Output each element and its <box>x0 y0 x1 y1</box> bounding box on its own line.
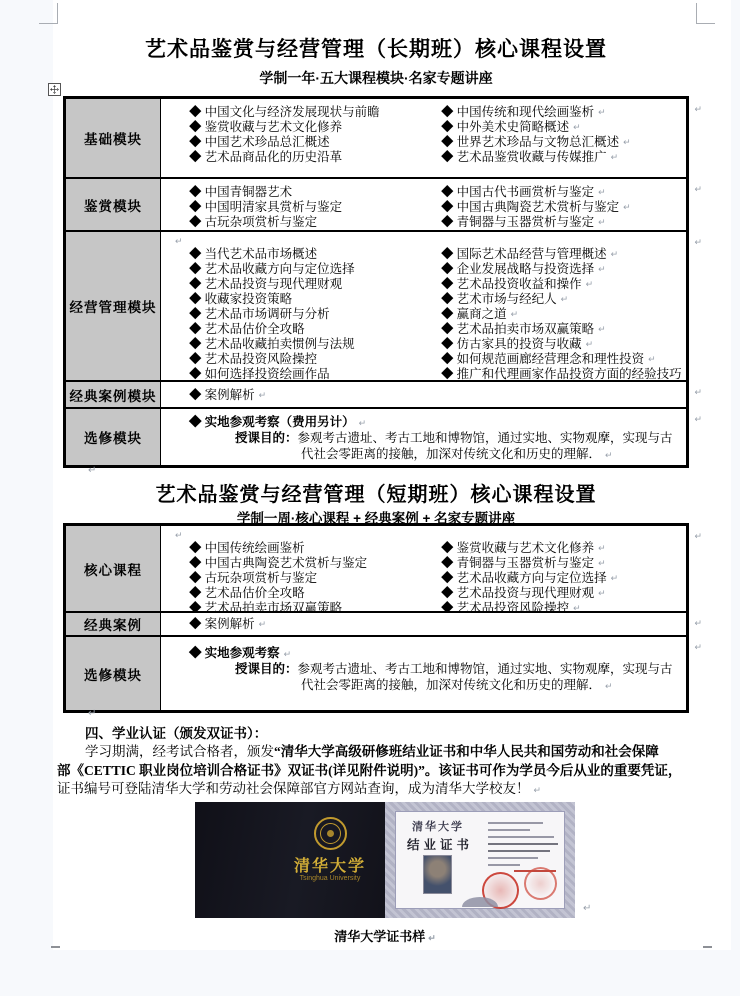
optional-course-head: 实地参观考察（费用另计） <box>189 415 684 431</box>
course-item: 赢商之道 <box>441 307 507 322</box>
course-item: 仿古家具的投资与收藏 <box>441 337 582 352</box>
course-item: 青铜器与玉器赏析与鉴定 <box>441 215 594 230</box>
course-item: 中国古典陶瓷艺术赏析与鉴定 <box>189 556 441 571</box>
course-item: 艺术品鉴赏收藏与传媒推广 <box>441 150 607 165</box>
margin-crop-mark <box>57 3 58 23</box>
course-line: 艺术品估价全攻略艺术品拍卖市场双赢策略 <box>189 322 684 337</box>
margin-crop-mark <box>51 946 60 948</box>
course-line: 中国艺术珍品总汇概述世界艺术珍品与文物总汇概述 <box>189 135 684 150</box>
certification-paragraph-line: 学习期满，经考试合格者，颁发“清华大学高级研修班结业证书和中华人民共和国劳动和社… <box>57 743 707 762</box>
course-item: 推广和代理画家作品投资方面的经验技巧 <box>441 367 682 380</box>
course-line: 艺术品收藏拍卖惯例与法规仿古家具的投资与收藏 <box>189 337 684 352</box>
course-item: 中国艺术珍品总汇概述 <box>189 135 441 150</box>
course-item: 艺术品投资收益和操作 <box>441 277 582 292</box>
paragraph-text: 证书编号可登陆清华大学和劳动社会保障部官方网站查询，成为清华大学校友！ <box>57 781 530 796</box>
table-row: 鉴赏模块 中国青铜器艺术中国古代书画赏析与鉴定 中国明清家具赏析与鉴定中国古典陶… <box>66 179 686 232</box>
certificate-text-line <box>488 864 520 866</box>
course-item: 艺术品收藏拍卖惯例与法规 <box>189 337 441 352</box>
paragraph-text: 学习期满，经考试合格者，颁发 <box>85 744 274 759</box>
module-label: 经典案例 <box>66 613 161 635</box>
certificate-school: 清华大学 <box>412 818 464 834</box>
red-seal-stamp <box>524 867 557 900</box>
course-item: 案例解析 <box>189 388 255 403</box>
course-item: 艺术品投资风险操控 <box>189 352 441 367</box>
short-course-table: 核心课程 中国传统绘画鉴析鉴赏收藏与艺术文化修养 中国古典陶瓷艺术赏析与鉴定青铜… <box>63 523 689 713</box>
course-item: 艺术品商品化的历史沿革 <box>189 150 441 165</box>
module-courses: 实地参观考察（费用另计） 授课目的：参观考古遗址、考古工地和博物馆，通过实地、实… <box>161 409 686 465</box>
table-row: 经营管理模块 当代艺术品市场概述国际艺术品经营与管理概述 艺术品收藏方向与定位选… <box>66 232 686 382</box>
certificate-cover: 清华大学 Tsinghua University <box>195 802 385 918</box>
course-item: 艺术品市场调研与分析 <box>189 307 441 322</box>
table-row: 核心课程 中国传统绘画鉴析鉴赏收藏与艺术文化修养 中国古典陶瓷艺术赏析与鉴定青铜… <box>66 526 686 613</box>
margin-crop-mark <box>703 946 712 948</box>
table-row: 选修模块 实地参观考察 授课目的：参观考古遗址、考古工地和博物馆，通过实地、实物… <box>66 637 686 710</box>
course-line: 艺术品商品化的历史沿革艺术品鉴赏收藏与传媒推广 <box>189 150 684 165</box>
module-label: 核心课程 <box>66 526 161 611</box>
course-line: 案例解析 <box>189 617 684 632</box>
certification-paragraph-line: 证书编号可登陆清华大学和劳动社会保障部官方网站查询，成为清华大学校友！ <box>57 780 707 800</box>
certification-paragraph-line: 部《CETTIC 职业岗位培训合格证书》双证书(详见附件说明)”。该证书可作为学… <box>57 762 707 781</box>
short-course-title: 艺术品鉴赏与经营管理（短期班）核心课程设置 <box>63 478 689 507</box>
certificate-page: 清华大学 结业证书 <box>385 802 575 918</box>
course-item: 古玩杂项赏析与鉴定 <box>189 215 441 230</box>
module-courses: 案例解析 <box>161 382 686 407</box>
course-item: 如何选择投资绘画作品 <box>189 367 441 380</box>
certificate-text-line <box>488 836 554 838</box>
course-line: 艺术品拍卖市场双赢策略艺术品投资风险操控 <box>189 601 684 611</box>
module-label: 选修模块 <box>66 637 161 710</box>
course-goal: 授课目的：参观考古遗址、考古工地和博物馆，通过实地、实物观摩，实现与古代社会零距… <box>235 431 684 463</box>
course-item: 鉴赏收藏与艺术文化修养 <box>189 120 441 135</box>
course-line: 艺术品市场调研与分析赢商之道 <box>189 307 684 322</box>
module-label: 经营管理模块 <box>66 232 161 380</box>
cover-title: 清华大学 <box>260 853 400 876</box>
certificate-text-line <box>488 843 558 845</box>
certificate-text-line <box>488 822 543 824</box>
module-courses: 实地参观考察 授课目的：参观考古遗址、考古工地和博物馆，通过实地、实物观摩，实现… <box>161 637 686 710</box>
module-courses: 当代艺术品市场概述国际艺术品经营与管理概述 艺术品收藏方向与定位选择企业发展战略… <box>161 232 686 380</box>
certificate-text-line <box>488 850 550 852</box>
course-item: 艺术品投资与现代理财观 <box>189 277 441 292</box>
module-courses: 案例解析 <box>161 613 686 635</box>
certificate-text-line <box>488 857 538 859</box>
course-item: 中国青铜器艺术 <box>189 185 441 200</box>
module-label: 鉴赏模块 <box>66 179 161 230</box>
course-item: 案例解析 <box>189 617 255 632</box>
certificate-photo <box>423 855 452 894</box>
module-courses: 中国文化与经济发展现状与前瞻中国传统和现代绘画鉴析 鉴赏收藏与艺术文化修养中外美… <box>161 99 686 177</box>
table-row: 选修模块 实地参观考察（费用另计） 授课目的：参观考古遗址、考古工地和博物馆，通… <box>66 409 686 465</box>
course-line: 古玩杂项赏析与鉴定艺术品收藏方向与定位选择 <box>189 571 684 586</box>
table-row: 经典案例模块 案例解析 <box>66 382 686 409</box>
course-item: 国际艺术品经营与管理概述 <box>441 247 607 262</box>
certification-heading: 四、学业认证（颁发双证书）： <box>57 724 707 743</box>
module-label: 基础模块 <box>66 99 161 177</box>
paragraph-mark: ↵ <box>88 708 96 719</box>
course-item: 中国传统绘画鉴析 <box>189 541 441 556</box>
course-line: 中国青铜器艺术中国古代书画赏析与鉴定 <box>189 185 684 200</box>
course-item: 当代艺术品市场概述 <box>189 247 441 262</box>
course-item: 艺术品估价全攻略 <box>189 322 441 337</box>
course-item: 中国古代书画赏析与鉴定 <box>441 185 594 200</box>
table-row: 基础模块 中国文化与经济发展现状与前瞻中国传统和现代绘画鉴析 鉴赏收藏与艺术文化… <box>66 99 686 179</box>
certificate-sample-image: 清华大学 Tsinghua University 清华大学 结业证书 <box>195 802 575 918</box>
goal-text: 参观考古遗址、考古工地和博物馆，通过实地、实物观摩，实现与古代社会零距离的接触，… <box>298 662 673 692</box>
course-item: 中国传统和现代绘画鉴析 <box>441 105 594 120</box>
module-courses: 中国传统绘画鉴析鉴赏收藏与艺术文化修养 中国古典陶瓷艺术赏析与鉴定青铜器与玉器赏… <box>161 526 686 611</box>
course-line: 中国明清家具赏析与鉴定中国古典陶瓷艺术赏析与鉴定 <box>189 200 684 215</box>
module-label: 选修模块 <box>66 409 161 465</box>
long-course-title: 艺术品鉴赏与经营管理（长期班）核心课程设置 <box>63 33 689 63</box>
goal-text: 参观考古遗址、考古工地和博物馆，通过实地、实物观摩，实现与古代社会零距离的接触，… <box>298 431 673 461</box>
margin-crop-mark <box>39 23 58 24</box>
paragraph-text-bold: “清华大学高级研修班结业证书和中华人民共和国劳动和社会保障 <box>274 744 659 759</box>
course-item: 艺术品收藏方向与定位选择 <box>441 571 607 586</box>
table-row: 经典案例 案例解析 <box>66 613 686 637</box>
long-course-table: 基础模块 中国文化与经济发展现状与前瞻中国传统和现代绘画鉴析 鉴赏收藏与艺术文化… <box>63 96 689 468</box>
certificate-caption: 清华大学证书样 <box>195 926 575 945</box>
course-line: 中国传统绘画鉴析鉴赏收藏与艺术文化修养 <box>189 541 684 556</box>
course-item: 鉴赏收藏与艺术文化修养 <box>441 541 594 556</box>
course-item: 艺术品投资与现代理财观 <box>441 586 594 601</box>
desktop-background: { "glyphs": { "bullet": "◆", "paragraph_… <box>0 0 740 996</box>
course-item: 中国古典陶瓷艺术赏析与鉴定 <box>441 200 619 215</box>
course-line: 如何选择投资绘画作品推广和代理画家作品投资方面的经验技巧 <box>189 367 684 380</box>
course-item: 中国文化与经济发展现状与前瞻 <box>189 105 441 120</box>
course-goal: 授课目的：参观考古遗址、考古工地和博物馆，通过实地、实物观摩，实现与古代社会零距… <box>235 662 684 694</box>
margin-crop-mark <box>696 23 715 24</box>
course-line: 古玩杂项赏析与鉴定青铜器与玉器赏析与鉴定 <box>189 215 684 230</box>
course-line: 案例解析 <box>189 388 684 403</box>
course-item: 青铜器与玉器赏析与鉴定 <box>441 556 594 571</box>
course-line: 艺术品收藏方向与定位选择企业发展战略与投资选择 <box>189 262 684 277</box>
course-line: 艺术品投资与现代理财观艺术品投资收益和操作 <box>189 277 684 292</box>
course-item: 企业发展战略与投资选择 <box>441 262 594 277</box>
course-item: 艺术品投资风险操控 <box>441 601 569 611</box>
paragraph-text-bold: 部《CETTIC 职业岗位培训合格证书》双证书(详见附件说明)”。该证书可作为学… <box>57 763 681 778</box>
module-courses: 中国青铜器艺术中国古代书画赏析与鉴定 中国明清家具赏析与鉴定中国古典陶瓷艺术赏析… <box>161 179 686 230</box>
long-course-subtitle: 学制一年·五大课程模块·名家专题讲座 <box>63 68 689 88</box>
course-item: 中国明清家具赏析与鉴定 <box>189 200 441 215</box>
certificate-inner: 清华大学 结业证书 <box>395 811 565 909</box>
course-line: 收藏家投资策略艺术市场与经纪人 <box>189 292 684 307</box>
course-item: 如何规范画廊经营理念和理性投资 <box>441 352 644 367</box>
course-line: 中国古典陶瓷艺术赏析与鉴定青铜器与玉器赏析与鉴定 <box>189 556 684 571</box>
certificate-text-line <box>488 829 530 831</box>
cover-subtitle: Tsinghua University <box>260 875 400 882</box>
course-line: 艺术品估价全攻略艺术品投资与现代理财观 <box>189 586 684 601</box>
paragraph-mark: ↵ <box>88 465 96 476</box>
course-line: 艺术品投资风险操控如何规范画廊经营理念和理性投资 <box>189 352 684 367</box>
table-move-handle-icon[interactable] <box>48 83 61 96</box>
goal-label: 授课目的： <box>235 431 298 445</box>
tsinghua-emblem-icon <box>314 817 347 850</box>
goal-label: 授课目的： <box>235 662 298 676</box>
course-item: 艺术品估价全攻略 <box>189 586 441 601</box>
course-item: 艺术品拍卖市场双赢策略 <box>189 601 441 611</box>
optional-course-head: 实地参观考察 <box>189 646 684 662</box>
course-item: 艺术市场与经纪人 <box>441 292 557 307</box>
course-item: 世界艺术珍品与文物总汇概述 <box>441 135 619 150</box>
empty-paragraph-mark <box>189 234 684 247</box>
move-arrows-icon <box>50 85 59 94</box>
course-item: 古玩杂项赏析与鉴定 <box>189 571 441 586</box>
module-label: 经典案例模块 <box>66 382 161 407</box>
paragraph-mark: ↵ <box>583 903 591 914</box>
certificate-title: 结业证书 <box>407 835 473 853</box>
course-item: 艺术品收藏方向与定位选择 <box>189 262 441 277</box>
course-line: 鉴赏收藏与艺术文化修养中外美术史简略概述 <box>189 120 684 135</box>
course-item: 收藏家投资策略 <box>189 292 441 307</box>
course-item: 艺术品拍卖市场双赢策略 <box>441 322 594 337</box>
course-line: 中国文化与经济发展现状与前瞻中国传统和现代绘画鉴析 <box>189 105 684 120</box>
empty-paragraph-mark <box>189 528 684 541</box>
document-page: 艺术品鉴赏与经营管理（长期班）核心课程设置 学制一年·五大课程模块·名家专题讲座… <box>53 0 731 950</box>
certification-section: 四、学业认证（颁发双证书）： 学习期满，经考试合格者，颁发“清华大学高级研修班结… <box>57 724 707 800</box>
course-line: 当代艺术品市场概述国际艺术品经营与管理概述 <box>189 247 684 262</box>
margin-crop-mark <box>696 3 697 23</box>
course-item: 中外美术史简略概述 <box>441 120 569 135</box>
